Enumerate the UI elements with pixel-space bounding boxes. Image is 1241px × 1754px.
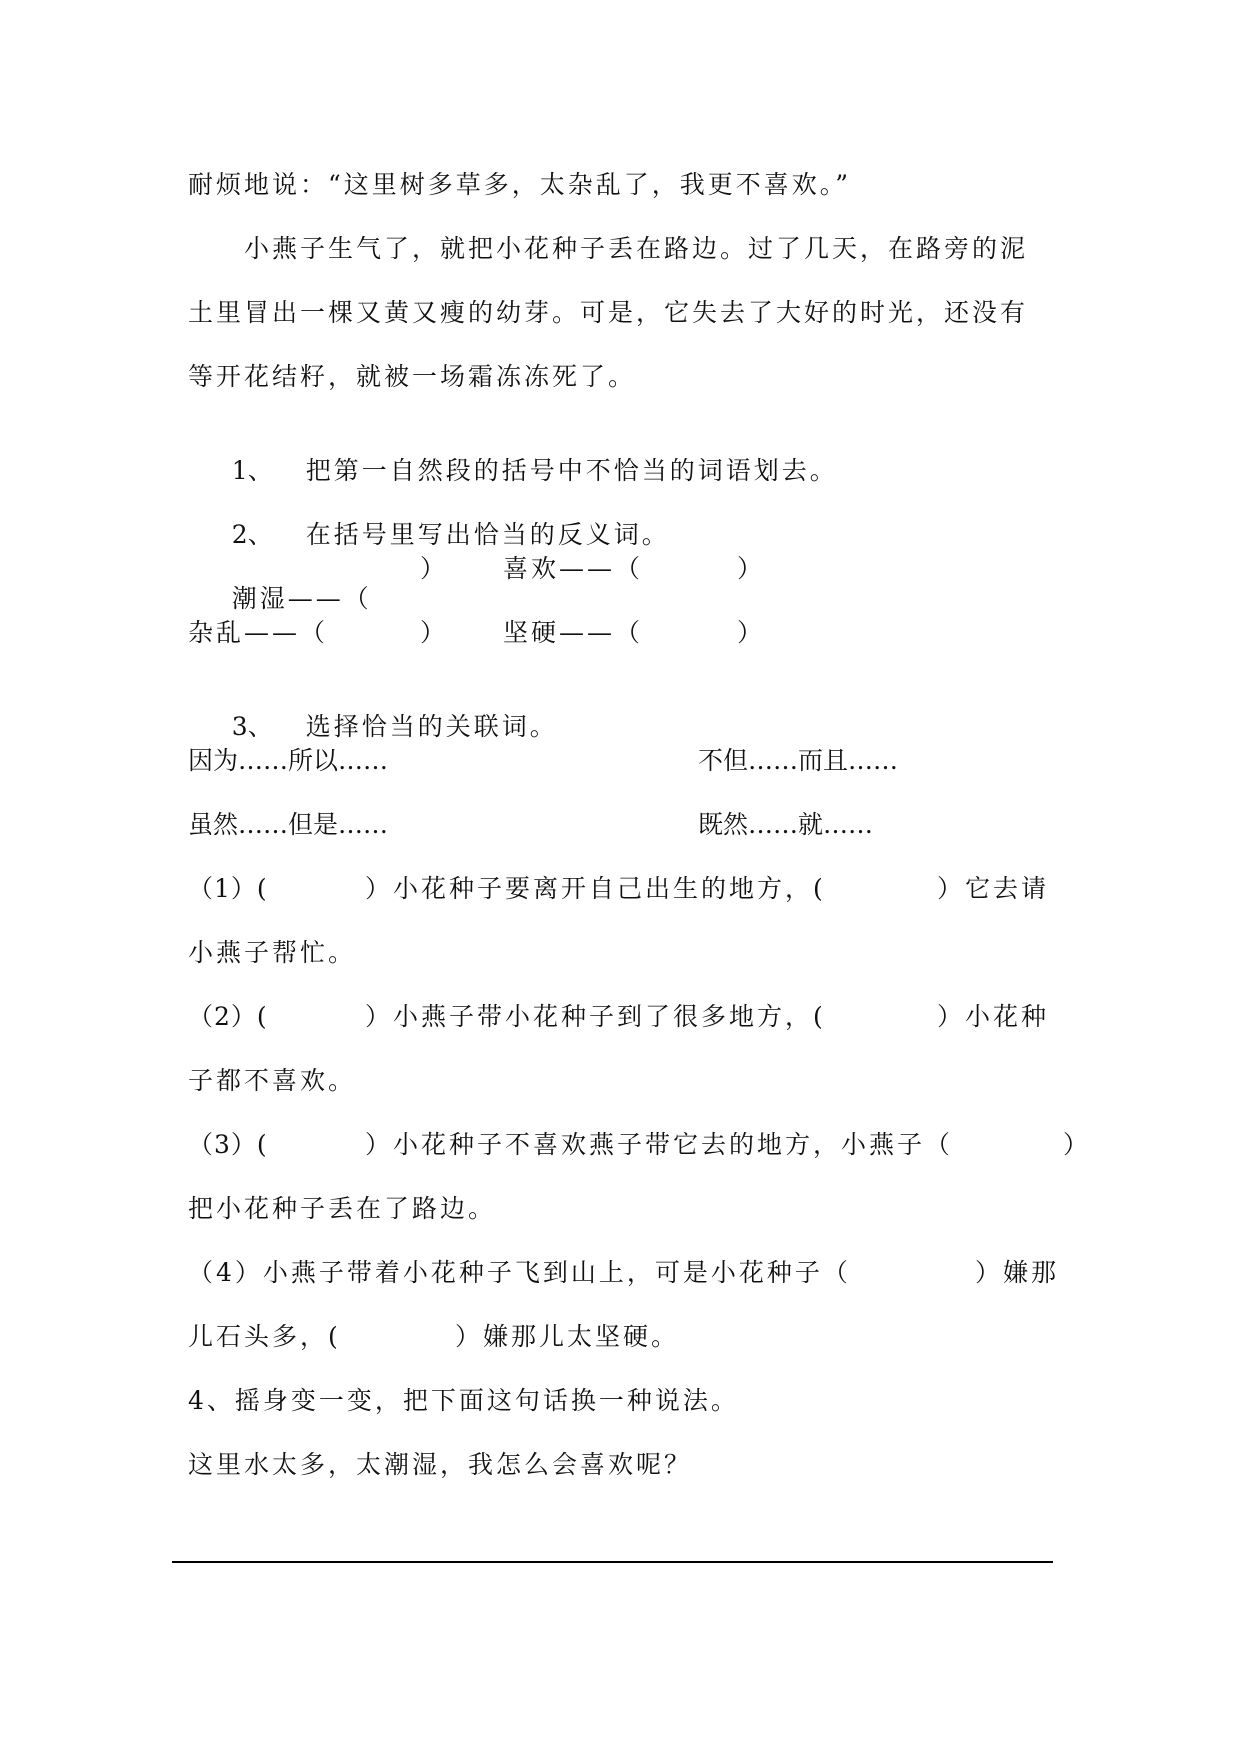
q3-item-3-label: （3）( — [188, 1130, 268, 1160]
antonym-blank-close-2: ） — [737, 554, 765, 584]
q3-item-2-label: （2）( — [188, 1002, 268, 1032]
q3-item-4-end: ）嫌那 — [975, 1258, 1059, 1288]
antonym-word-jianying: 坚硬——（ — [503, 618, 643, 648]
q3-item-2-middle: ）小燕子带小花种子到了很多地方，( — [365, 1002, 826, 1032]
q3-item-3-middle: ）小花种子不喜欢燕子带它去的地方，小燕子（ — [365, 1130, 953, 1160]
question-1-number: 1、 — [232, 456, 306, 486]
q3-item-1-middle: ）小花种子要离开自己出生的地方，( — [365, 874, 826, 904]
question-4-sentence: 这里水太多，太潮湿，我怎么会喜欢呢？ — [188, 1450, 692, 1480]
passage-line-1: 耐烦地说：“这里树多草多，太杂乱了，我更不喜欢。” — [188, 170, 851, 200]
q3-item-4-label: （4）小燕子带着小花种子飞到山上，可是小花种子（ — [188, 1258, 851, 1288]
conjunction-option-1: 因为……所以…… — [188, 746, 388, 776]
q3-item-1-continued: 小燕子帮忙。 — [188, 938, 356, 968]
q3-item-3-end: ） — [1063, 1130, 1091, 1160]
q3-item-1-end: ）它去请 — [937, 874, 1049, 904]
question-3-text: 选择恰当的关联词。 — [306, 712, 558, 741]
passage-line-3: 土里冒出一棵又黄又瘦的幼芽。可是，它失去了大好的时光，还没有 — [188, 298, 1028, 328]
conjunction-option-2: 不但……而且…… — [698, 746, 898, 776]
antonym-word-xihuan: 喜欢——（ — [503, 554, 643, 584]
q3-item-3-continued: 把小花种子丢在了路边。 — [188, 1194, 496, 1224]
antonym-blank-close-4: ） — [737, 618, 765, 648]
q3-item-1-label: （1）( — [188, 874, 268, 904]
question-1-text: 把第一自然段的括号中不恰当的词语划去。 — [306, 456, 838, 485]
conjunction-option-3: 虽然……但是…… — [188, 810, 388, 840]
q3-item-2-end: ）小花种 — [937, 1002, 1049, 1032]
antonym-blank-close-3: ） — [420, 618, 448, 648]
question-2-number: 2、 — [232, 520, 306, 550]
q3-item-4-continued-start: 儿石头多，( — [188, 1322, 341, 1352]
passage-line-4: 等开花结籽，就被一场霜冻冻死了。 — [188, 362, 636, 392]
worksheet-page: 耐烦地说：“这里树多草多，太杂乱了，我更不喜欢。” 小燕子生气了，就把小花种子丢… — [0, 0, 1241, 1754]
answer-line[interactable] — [172, 1561, 1053, 1563]
q3-item-4-continued-end: ）嫌那儿太坚硬。 — [455, 1322, 679, 1352]
q3-item-2-continued: 子都不喜欢。 — [188, 1066, 356, 1096]
conjunction-option-4: 既然……就…… — [698, 810, 873, 840]
question-3-number: 3、 — [232, 712, 306, 742]
passage-line-2: 小燕子生气了，就把小花种子丢在路边。过了几天，在路旁的泥 — [244, 234, 1028, 264]
question-2-text: 在括号里写出恰当的反义词。 — [306, 520, 670, 549]
question-4: 4、摇身变一变，把下面这句话换一种说法。 — [188, 1386, 739, 1416]
antonym-word-zaluan: 杂乱——（ — [188, 618, 328, 648]
antonym-blank-close-1: ） — [420, 554, 448, 584]
antonym-word-chaoshi: 潮湿——（ — [232, 584, 372, 613]
